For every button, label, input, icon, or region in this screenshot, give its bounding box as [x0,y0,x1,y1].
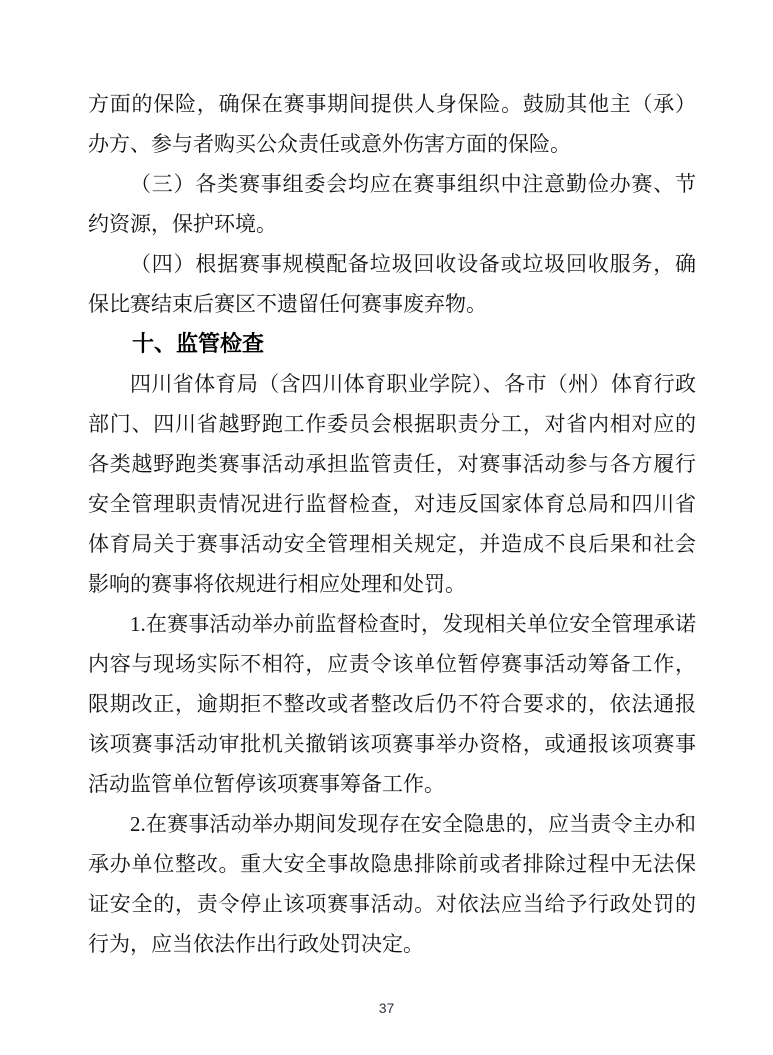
paragraph-insurance-continuation: 方面的保险，确保在赛事期间提供人身保险。鼓励其他主（承）办方、参与者购买公众责任… [88,84,696,164]
paragraph-supervision-overview: 四川省体育局（含四川体育职业学院）、各市（州）体育行政部门、四川省越野跑工作委员… [88,364,696,604]
section-heading-supervision: 十、监管检查 [88,324,696,364]
document-page: 方面的保险，确保在赛事期间提供人身保险。鼓励其他主（承）办方、参与者购买公众责任… [0,0,773,1055]
paragraph-item-three: （三）各类赛事组委会均应在赛事组织中注意勤俭办赛、节约资源，保护环境。 [88,164,696,244]
paragraph-pre-event-inspection: 1.在赛事活动举办前监督检查时，发现相关单位安全管理承诺内容与现场实际不相符，应… [88,604,696,804]
paragraph-item-four: （四）根据赛事规模配备垃圾回收设备或垃圾回收服务，确保比赛结束后赛区不遗留任何赛… [88,244,696,324]
page-footer: 37 [0,1000,773,1018]
paragraph-during-event-inspection: 2.在赛事活动举办期间发现存在安全隐患的，应当责令主办和承办单位整改。重大安全事… [88,804,696,964]
page-number: 37 [379,1000,395,1016]
document-body: 方面的保险，确保在赛事期间提供人身保险。鼓励其他主（承）办方、参与者购买公众责任… [88,84,696,964]
